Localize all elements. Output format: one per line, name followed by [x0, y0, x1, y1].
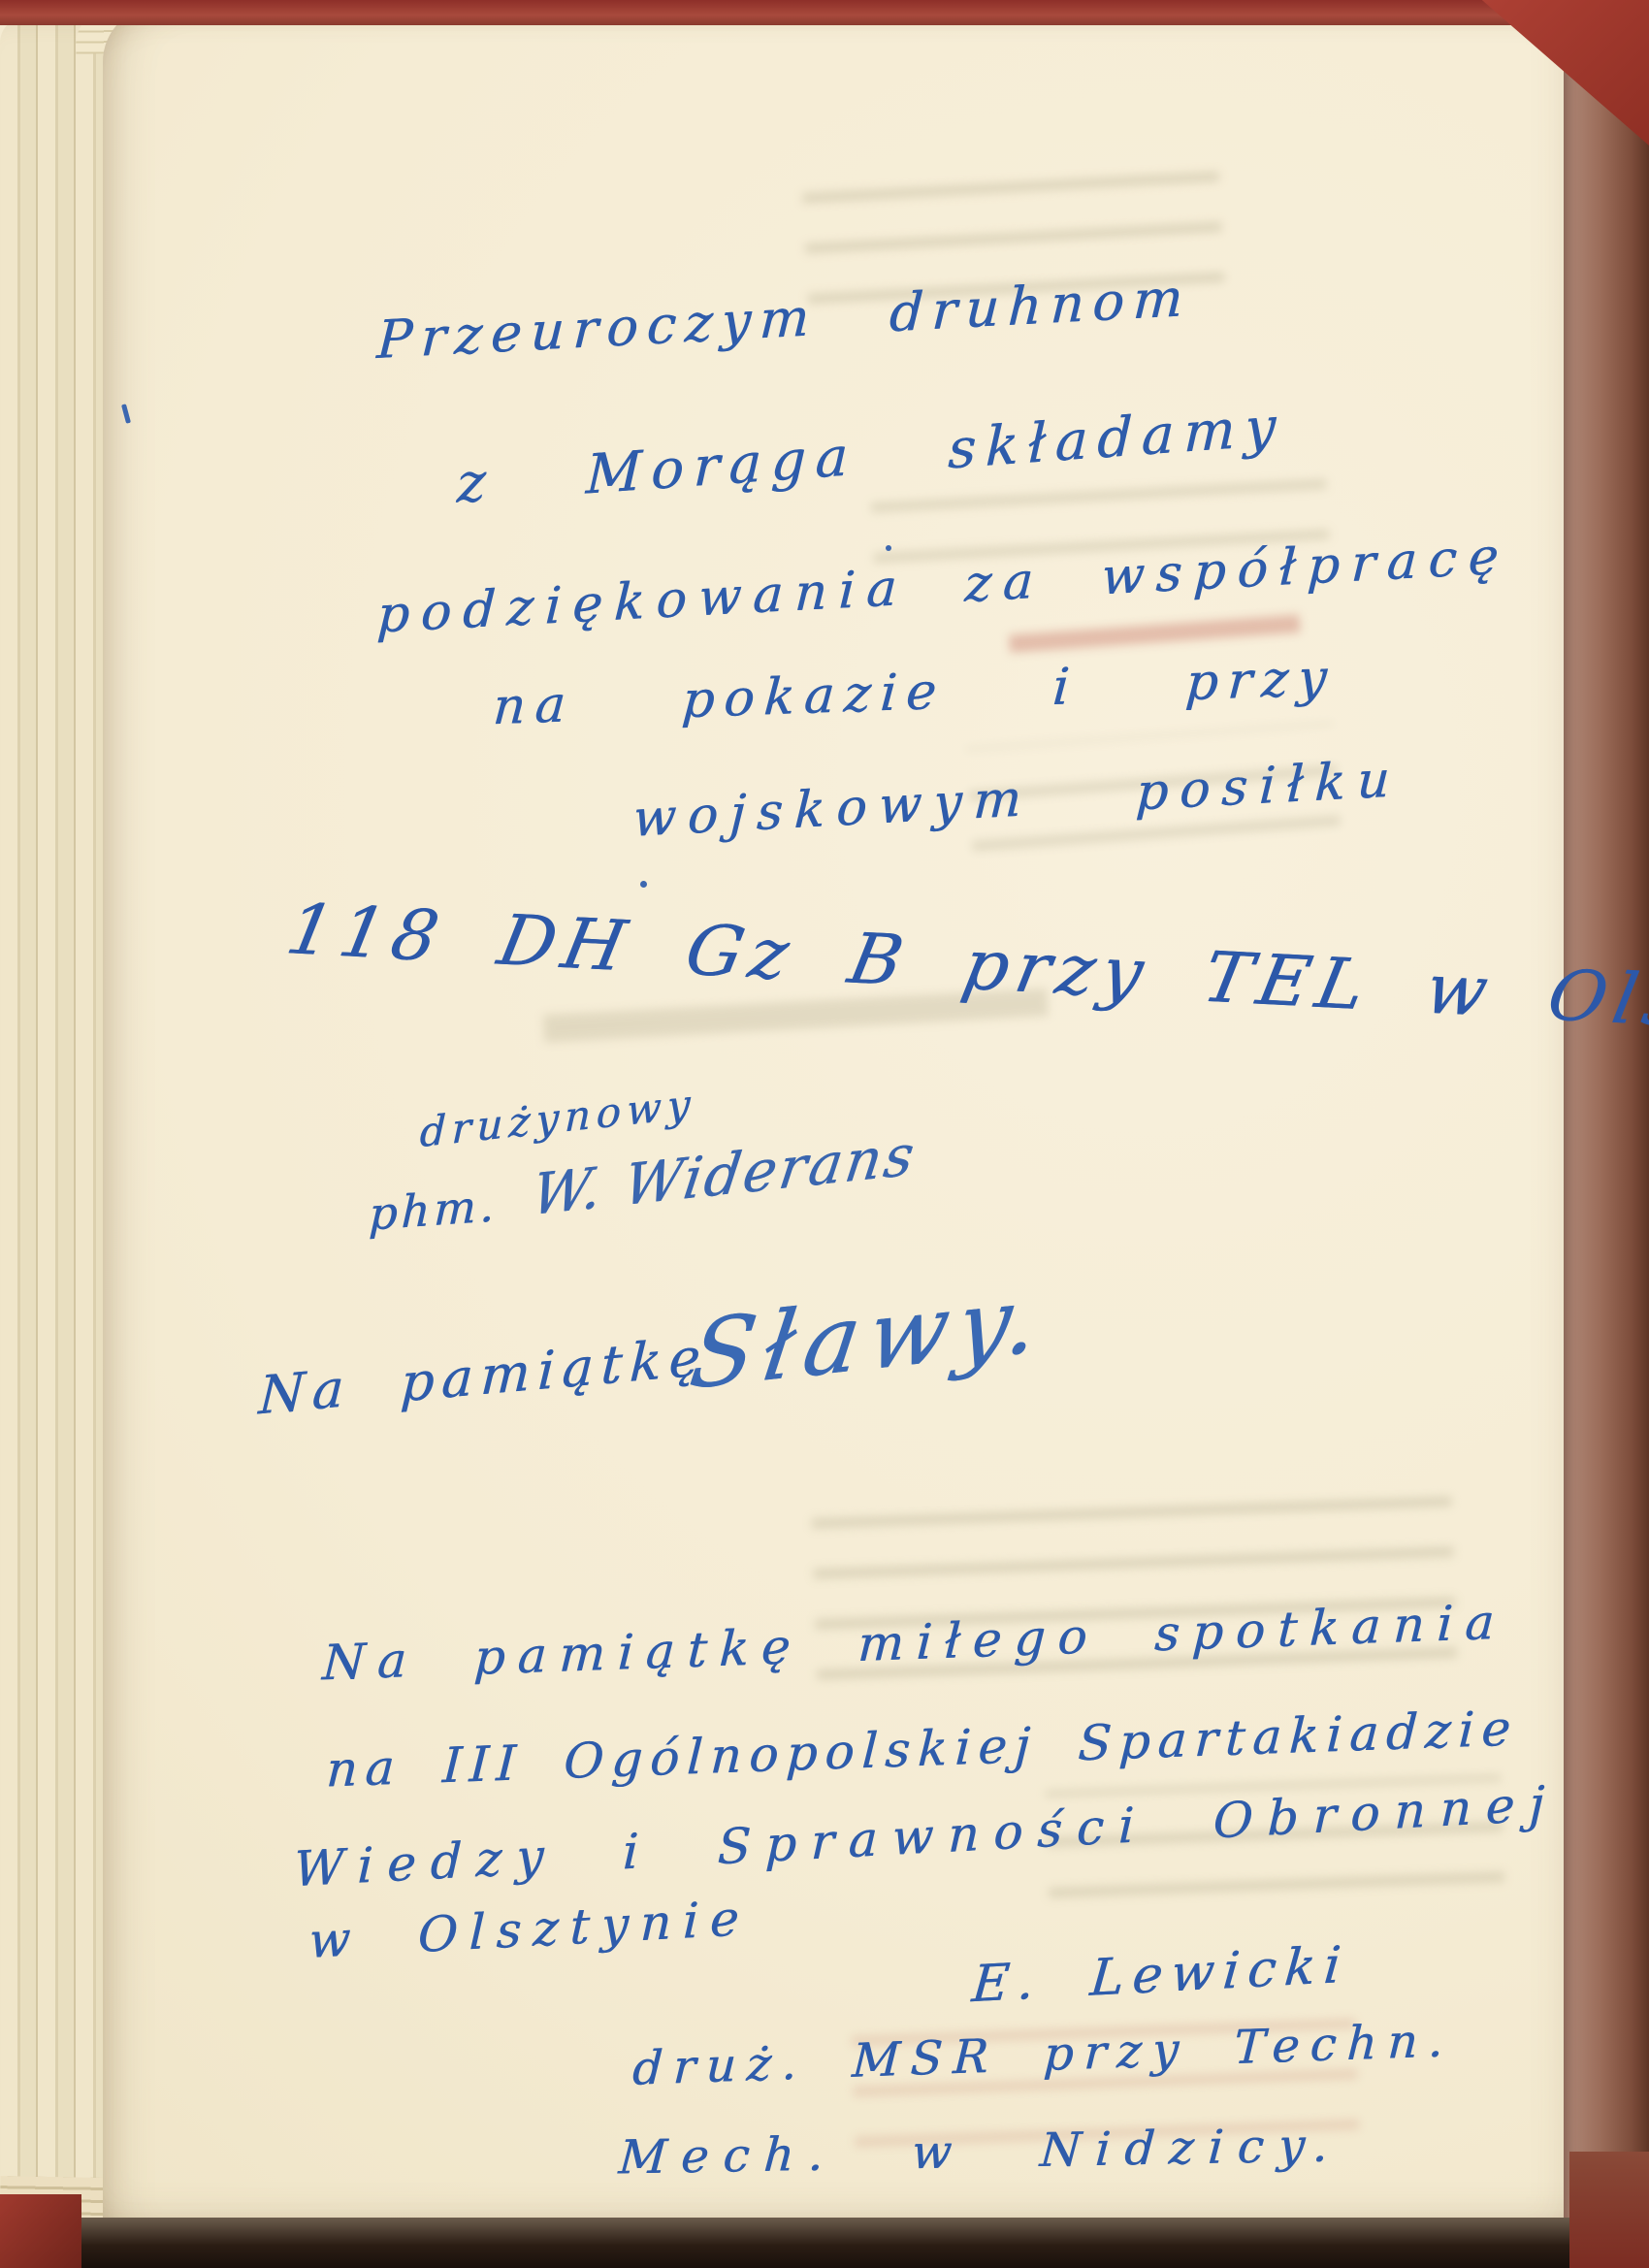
book-cover-bottom-right-corner: [1569, 2152, 1649, 2268]
scan-bottom-shadow: [0, 2218, 1649, 2268]
ink-speck: [640, 881, 647, 888]
book-scan: Przeuroczym druhnom z Morąga składamy po…: [0, 0, 1649, 2268]
book-cover-bottom-left-corner: [0, 2194, 81, 2268]
ink-speck: [886, 545, 891, 551]
book-cover-right-edge: [1564, 0, 1649, 2268]
signature-detail-line: Mech. w Nidzicy.: [617, 2122, 1343, 2181]
signature-rank-prefix: phm.: [368, 1183, 499, 1237]
book-cover-top-edge: [0, 0, 1649, 25]
